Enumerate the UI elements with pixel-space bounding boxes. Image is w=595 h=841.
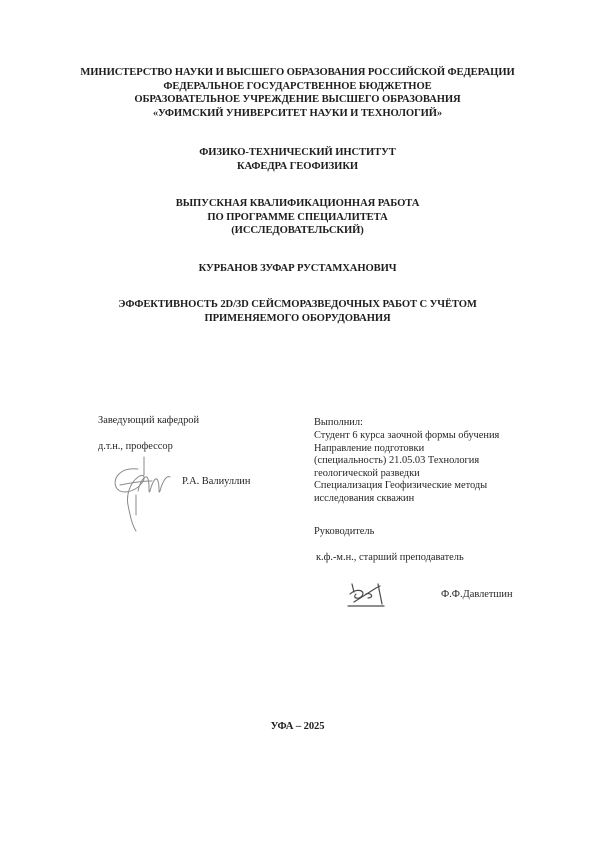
performed-by-line: Направление подготовки bbox=[314, 443, 424, 456]
head-name: Р.А. Валиуллин bbox=[182, 476, 250, 489]
supervisor-name: Ф.Ф.Давлетшин bbox=[441, 589, 513, 602]
author-name-text: КУРБАНОВ ЗУФАР РУСТАМХАНОВИЧ bbox=[0, 262, 595, 276]
head-signature bbox=[108, 455, 178, 535]
university-name: «УФИМСКИЙ УНИВЕРСИТЕТ НАУКИ И ТЕХНОЛОГИЙ… bbox=[0, 107, 595, 121]
department-name: КАФЕДРА ГЕОФИЗИКИ bbox=[0, 160, 595, 174]
thesis-title: ЭФФЕКТИВНОСТЬ 2D/3D СЕЙСМОРАЗВЕДОЧНЫХ РА… bbox=[0, 298, 595, 325]
ministry-line: ФЕДЕРАЛЬНОЕ ГОСУДАРСТВЕННОЕ БЮДЖЕТНОЕ bbox=[0, 80, 595, 94]
head-role: Заведующий кафедрой bbox=[98, 415, 199, 428]
work-type-line: ПО ПРОГРАММЕ СПЕЦИАЛИТЕТА bbox=[0, 211, 595, 225]
performed-by-line: Специализация Геофизические методы bbox=[314, 480, 487, 493]
author-name: КУРБАНОВ ЗУФАР РУСТАМХАНОВИЧ bbox=[0, 262, 595, 276]
performed-by-label: Выполнил: bbox=[314, 417, 363, 430]
city-year: УФА – 2025 bbox=[0, 720, 595, 734]
ministry-header: МИНИСТЕРСТВО НАУКИ И ВЫСШЕГО ОБРАЗОВАНИЯ… bbox=[0, 66, 595, 120]
work-type-line: (ИССЛЕДОВАТЕЛЬСКИЙ) bbox=[0, 224, 595, 238]
work-type-line: ВЫПУСКНАЯ КВАЛИФИКАЦИОННАЯ РАБОТА bbox=[0, 197, 595, 211]
institute-name: ФИЗИКО-ТЕХНИЧЕСКИЙ ИНСТИТУТ bbox=[0, 146, 595, 160]
work-type-block: ВЫПУСКНАЯ КВАЛИФИКАЦИОННАЯ РАБОТА ПО ПРО… bbox=[0, 197, 595, 238]
thesis-title-line: ЭФФЕКТИВНОСТЬ 2D/3D СЕЙСМОРАЗВЕДОЧНЫХ РА… bbox=[0, 298, 595, 312]
supervisor-role: Руководитель bbox=[314, 526, 374, 539]
supervisor-degree: к.ф.-м.н., старший преподаватель bbox=[316, 552, 464, 565]
institute-block: ФИЗИКО-ТЕХНИЧЕСКИЙ ИНСТИТУТ КАФЕДРА ГЕОФ… bbox=[0, 146, 595, 173]
performed-by-line: геологической разведки bbox=[314, 468, 420, 481]
thesis-title-line: ПРИМЕНЯЕМОГО ОБОРУДОВАНИЯ bbox=[0, 312, 595, 326]
ministry-line: МИНИСТЕРСТВО НАУКИ И ВЫСШЕГО ОБРАЗОВАНИЯ… bbox=[0, 66, 595, 80]
city-year-text: УФА – 2025 bbox=[0, 720, 595, 734]
performed-by-line: исследования скважин bbox=[314, 493, 414, 506]
performed-by-line: (специальность) 21.05.03 Технология bbox=[314, 455, 479, 468]
performed-by-line: Студент 6 курса заочной формы обучения bbox=[314, 430, 499, 443]
head-degree: д.т.н., профессор bbox=[98, 441, 173, 454]
supervisor-signature bbox=[346, 580, 386, 610]
ministry-line: ОБРАЗОВАТЕЛЬНОЕ УЧРЕЖДЕНИЕ ВЫСШЕГО ОБРАЗ… bbox=[0, 93, 595, 107]
